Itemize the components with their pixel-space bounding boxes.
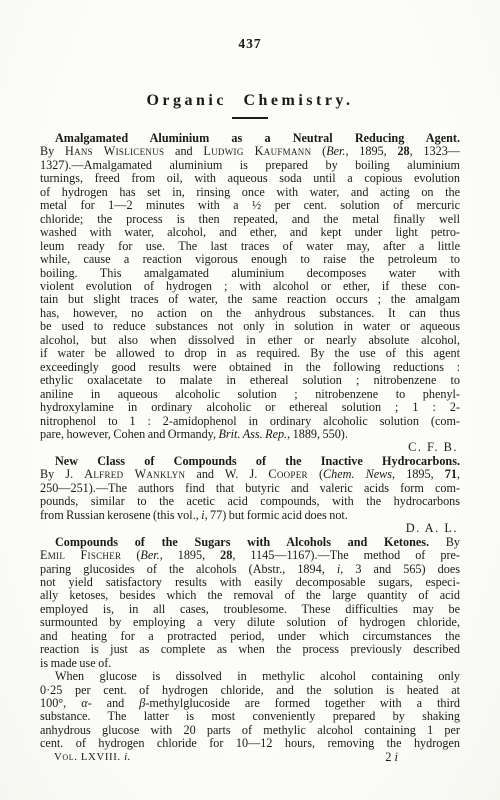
section-title: Organic Chemistry. bbox=[40, 92, 460, 110]
press-mark-number: 2 bbox=[385, 750, 391, 764]
text-line: tain but slight traces of water, the sam… bbox=[40, 293, 460, 306]
text-line: pounds, similar to the acetic acid compo… bbox=[40, 495, 460, 508]
text-line: of hydrogen has set in, rinsing once wit… bbox=[40, 186, 460, 199]
journal-page: 437 Organic Chemistry. Amalgamated Alumi… bbox=[0, 0, 500, 800]
abstractor-initials: D. A. L. bbox=[40, 522, 460, 535]
text-line: anhydrous glucose with 20 parts of methy… bbox=[40, 724, 460, 737]
text-line: while, cause a reaction vigorous enough … bbox=[40, 253, 460, 266]
text-line: if water be allowed to drop in as requir… bbox=[40, 347, 460, 360]
text-line: violent evolution of hydrogen ; with alc… bbox=[40, 280, 460, 293]
text-line: Emil Fischer (Ber., 1895, 28, 1145—1167)… bbox=[40, 549, 460, 562]
text-line: leum ready for use. The last traces of w… bbox=[40, 240, 460, 253]
text-line: chloride; the process is then repeated, … bbox=[40, 213, 460, 226]
text-line: By J. Alfred Wanklyn and W. J. Cooper (C… bbox=[40, 468, 460, 481]
text-line: has, however, no action on the anhydrous… bbox=[40, 307, 460, 320]
text-line: exceedingly good results were obtained i… bbox=[40, 361, 460, 374]
text-line: nitrophenol to 1 : 2-amidophenol in ordi… bbox=[40, 415, 460, 428]
text-line: be used to reduce substances not only in… bbox=[40, 320, 460, 333]
text-line: reaction is just as complete as when the… bbox=[40, 643, 460, 656]
text-line: ethylic oxalacetate to malate in etherea… bbox=[40, 374, 460, 387]
press-mark-letter: i bbox=[395, 750, 398, 764]
text-line: washed with water, alcohol, and ether, a… bbox=[40, 226, 460, 239]
text-line: By Hans Wislicenus and Ludwig Kaufmann (… bbox=[40, 145, 460, 158]
page-footer: Vol. LXVIII. i. 2 i bbox=[40, 751, 460, 764]
journal-abstract: Compounds of the Sugars with Alcohols an… bbox=[40, 536, 460, 751]
text-line: alcohol, but also when dissolved in ethe… bbox=[40, 334, 460, 347]
text-line: substance. The latter is most convenient… bbox=[40, 710, 460, 723]
abstract-heading-line: Amalgamated Aluminium as a Neutral Reduc… bbox=[40, 132, 460, 145]
journal-abstract: New Class of Compounds of the Inactive H… bbox=[40, 455, 460, 536]
volume-label: Vol. LXVIII. i. bbox=[40, 751, 131, 764]
abstractor-initials: C. F. B. bbox=[40, 441, 460, 454]
text-line: surmounted by employing a very dilute so… bbox=[40, 616, 460, 629]
text-line: turnings, freed from oil, with aqueous s… bbox=[40, 172, 460, 185]
part-label: i. bbox=[124, 751, 131, 763]
text-line: not yield satisfactory results with easi… bbox=[40, 576, 460, 589]
volume-text: Vol. LXVIII. bbox=[54, 751, 121, 763]
text-line: is made use of. bbox=[40, 657, 460, 670]
press-signature-mark: 2 i bbox=[385, 751, 460, 764]
text-line: from Russian kerosene (this vol., i, 77)… bbox=[40, 509, 460, 522]
text-line: pare, however, Cohen and Ormandy, Brit. … bbox=[40, 428, 460, 441]
section-divider bbox=[232, 117, 268, 119]
text-line: aniline in aqueous alcoholic solution ; … bbox=[40, 388, 460, 401]
text-line: paring glucosides of the alcohols (Abstr… bbox=[40, 563, 460, 576]
text-line: 1327).—Amalgamated aluminium is prepared… bbox=[40, 159, 460, 172]
text-line: 250—251).—The authors find that butyric … bbox=[40, 482, 460, 495]
text-line: hydroxylamine in ordinary alcoholic or e… bbox=[40, 401, 460, 414]
abstracts-list: Amalgamated Aluminium as a Neutral Reduc… bbox=[40, 132, 460, 751]
text-line: boiling. This amalgamated aluminium deco… bbox=[40, 267, 460, 280]
page-number: 437 bbox=[40, 36, 460, 52]
abstract-heading-line: Compounds of the Sugars with Alcohols an… bbox=[40, 536, 460, 549]
text-line: metal for 1—2 minutes with a ½ per cent.… bbox=[40, 199, 460, 212]
text-line: 0·25 per cent. of hydrogen chloride, and… bbox=[40, 684, 460, 697]
text-line: ally ketoses, besides which the removal … bbox=[40, 589, 460, 602]
journal-abstract: Amalgamated Aluminium as a Neutral Reduc… bbox=[40, 132, 460, 455]
text-line: When glucose is dissolved in methylic al… bbox=[40, 670, 460, 683]
text-line: cent. of hydrogen chloride for 10—12 hou… bbox=[40, 737, 460, 750]
text-line: 100°, α- and β-methylglucoside are forme… bbox=[40, 697, 460, 710]
abstract-heading-line: New Class of Compounds of the Inactive H… bbox=[40, 455, 460, 468]
text-line: and heating for a protracted period, und… bbox=[40, 630, 460, 643]
text-line: employed is, in all cases, troublesome. … bbox=[40, 603, 460, 616]
